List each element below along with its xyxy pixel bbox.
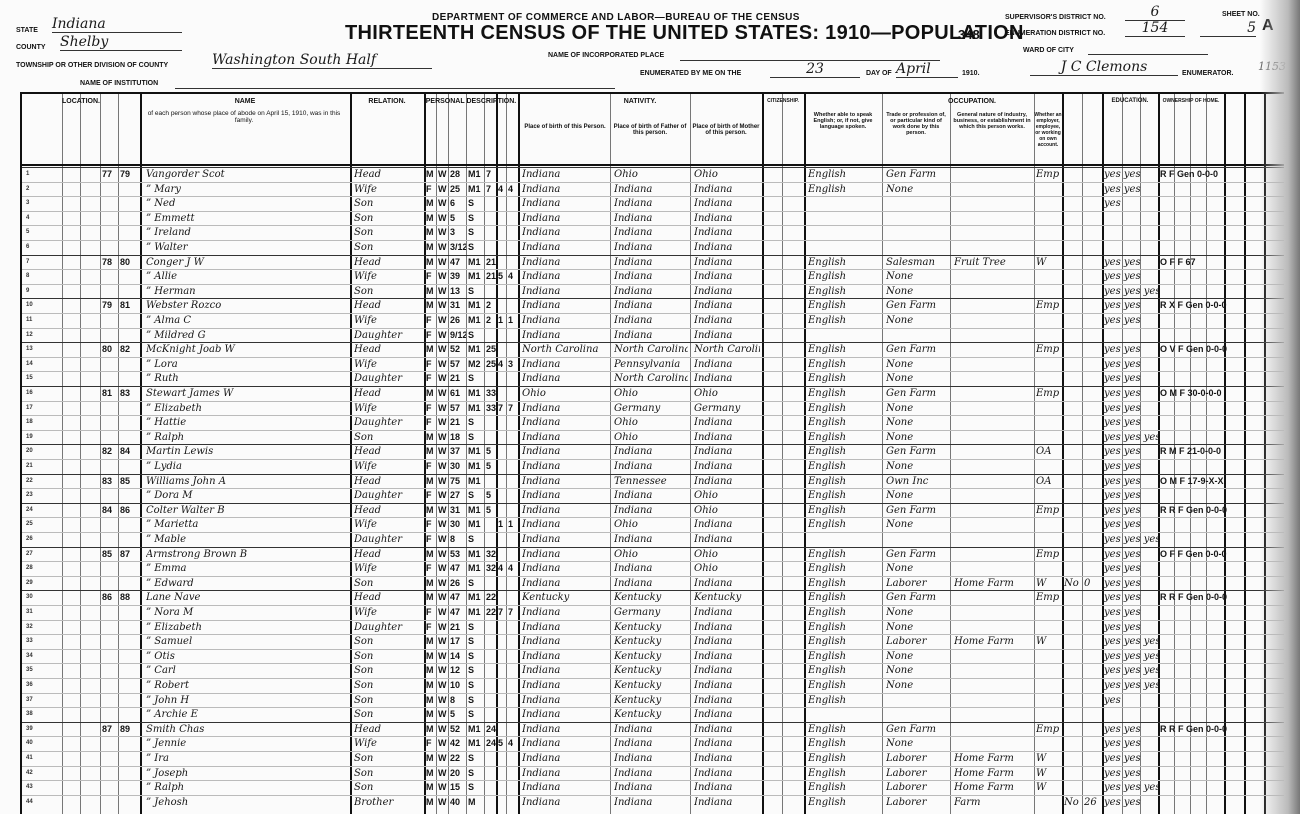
row-number: 26 xyxy=(26,536,33,542)
language: English xyxy=(808,695,880,706)
birthplace-mother: Indiana xyxy=(694,432,760,443)
birthplace-father: Indiana xyxy=(614,797,688,808)
birthplace-father: Kentucky xyxy=(614,695,688,706)
occupation: None xyxy=(886,738,950,749)
education: yes yes xyxy=(1104,257,1158,268)
sheet-label: SHEET NO. xyxy=(1222,11,1260,18)
race: W xyxy=(438,373,448,383)
mother-of-born: 4 xyxy=(498,359,506,369)
language: English xyxy=(808,651,880,662)
age: 8 xyxy=(450,534,466,544)
relation: Head xyxy=(354,505,422,516)
person-name: ” Mary xyxy=(146,184,346,195)
township-value: Washington South Half xyxy=(212,52,432,69)
marital-status: M1 xyxy=(468,344,484,354)
birthplace-person: Indiana xyxy=(522,257,608,268)
occupation: Gen Farm xyxy=(886,549,950,560)
mother-of-born: 7 xyxy=(498,403,506,413)
birthplace-person: Indiana xyxy=(522,490,608,501)
row-number: 4 xyxy=(26,215,29,221)
col-place-of-birth-father: Place of birth of Father of this person. xyxy=(612,124,688,136)
family-number: 87 xyxy=(120,549,138,559)
person-name: ” Herman xyxy=(146,286,346,297)
relation: Head xyxy=(354,257,422,268)
marital-status: M1 xyxy=(468,563,484,573)
race: W xyxy=(438,359,448,369)
birthplace-mother: Indiana xyxy=(694,753,760,764)
birthplace-father: Kentucky xyxy=(614,651,688,662)
person-name: ” Joseph xyxy=(146,768,346,779)
marital-status: M1 xyxy=(468,549,484,559)
dwelling-number: 81 xyxy=(102,388,118,398)
age: 8 xyxy=(450,695,466,705)
section-relation: RELATION. xyxy=(350,98,424,105)
row-number: 7 xyxy=(26,259,29,265)
person-name: ” Marietta xyxy=(146,519,346,530)
relation: Son xyxy=(354,768,422,779)
race: W xyxy=(438,184,448,194)
employer-status: W xyxy=(1036,636,1062,647)
birthplace-mother: Indiana xyxy=(694,578,760,589)
marital-status: M1 xyxy=(468,315,484,325)
language: English xyxy=(808,257,880,268)
birthplace-father: Indiana xyxy=(614,300,688,311)
employer-status: W xyxy=(1036,257,1062,268)
marital-status: M1 xyxy=(468,446,484,456)
weeks-out-of-work: 26 xyxy=(1084,797,1102,808)
person-name: ” Ralph xyxy=(146,432,346,443)
birthplace-father: Kentucky xyxy=(614,592,688,603)
sex: M xyxy=(426,592,436,602)
employer-status: W xyxy=(1036,782,1062,793)
birthplace-mother: Indiana xyxy=(694,271,760,282)
language: English xyxy=(808,490,880,501)
birthplace-mother: Indiana xyxy=(694,622,760,633)
education: yes yes xyxy=(1104,563,1158,574)
years-married: 7 xyxy=(486,169,496,179)
age: 18 xyxy=(450,432,466,442)
section-name-sub: of each person whose place of abode on A… xyxy=(144,110,344,124)
marital-status: S xyxy=(468,286,484,296)
age: 22 xyxy=(450,753,466,763)
mother-of-born: 1 xyxy=(498,315,506,325)
section-occupation: OCCUPATION. xyxy=(882,98,1062,105)
years-married: 25 xyxy=(486,359,496,369)
county-value: Shelby xyxy=(60,34,182,51)
race: W xyxy=(438,636,448,646)
birthplace-father: Germany xyxy=(614,607,688,618)
age: 14 xyxy=(450,651,466,661)
sex: M xyxy=(426,432,436,442)
birthplace-person: Indiana xyxy=(522,782,608,793)
language: English xyxy=(808,680,880,691)
birthplace-person: Indiana xyxy=(522,797,608,808)
language: English xyxy=(808,169,880,180)
sex: M xyxy=(426,227,436,237)
person-name: ” Lora xyxy=(146,359,346,370)
out-of-work: No xyxy=(1064,578,1082,589)
education: yes yes xyxy=(1104,417,1158,428)
birthplace-father: Germany xyxy=(614,403,688,414)
education: yes yes xyxy=(1104,549,1158,560)
sex: M xyxy=(426,388,436,398)
language: English xyxy=(808,563,880,574)
person-name: ” Alma C xyxy=(146,315,346,326)
relation: Son xyxy=(354,432,422,443)
sex: M xyxy=(426,446,436,456)
age: 57 xyxy=(450,359,466,369)
years-married: 7 xyxy=(486,184,496,194)
birthplace-person: Ohio xyxy=(522,388,608,399)
marital-status: M1 xyxy=(468,607,484,617)
person-name: ” Jennie xyxy=(146,738,346,749)
family-number: 82 xyxy=(120,344,138,354)
relation: Son xyxy=(354,578,422,589)
birthplace-person: Indiana xyxy=(522,373,608,384)
birthplace-person: Indiana xyxy=(522,636,608,647)
relation: Son xyxy=(354,198,422,209)
education: yes yes yes xyxy=(1104,636,1158,647)
race: W xyxy=(438,622,448,632)
birthplace-father: Ohio xyxy=(614,432,688,443)
relation: Head xyxy=(354,476,422,487)
person-name: ” Ned xyxy=(146,198,346,209)
person-name: ” John H xyxy=(146,695,346,706)
language: English xyxy=(808,184,880,195)
birthplace-mother: Indiana xyxy=(694,300,760,311)
language: English xyxy=(808,300,880,311)
mother-of-living: 4 xyxy=(508,271,516,281)
birthplace-mother: Indiana xyxy=(694,315,760,326)
relation: Head xyxy=(354,344,422,355)
person-name: ” Robert xyxy=(146,680,346,691)
marital-status: S xyxy=(468,753,484,763)
birthplace-father: Indiana xyxy=(614,198,688,209)
race: W xyxy=(438,257,448,267)
birthplace-person: Indiana xyxy=(522,563,608,574)
birthplace-mother: Germany xyxy=(694,403,760,414)
row-number: 29 xyxy=(26,580,33,586)
ownership: R R F Gen 0-0-0 xyxy=(1160,505,1264,515)
education: yes yes xyxy=(1104,403,1158,414)
race: W xyxy=(438,665,448,675)
mother-of-living: 4 xyxy=(508,738,516,748)
marital-status: S xyxy=(468,432,484,442)
race: W xyxy=(438,782,448,792)
family-number: 88 xyxy=(120,592,138,602)
race: W xyxy=(438,680,448,690)
age: 30 xyxy=(450,461,466,471)
section-name: NAME xyxy=(140,98,350,105)
age: 25 xyxy=(450,184,466,194)
birthplace-mother: Indiana xyxy=(694,359,760,370)
relation: Son xyxy=(354,665,422,676)
sex: M xyxy=(426,709,436,719)
birthplace-mother: Indiana xyxy=(694,286,760,297)
mother-of-living: 1 xyxy=(508,519,516,529)
mother-of-living: 1 xyxy=(508,315,516,325)
birthplace-father: Indiana xyxy=(614,461,688,472)
occupation: Own Inc xyxy=(886,476,950,487)
birthplace-person: Indiana xyxy=(522,198,608,209)
birthplace-person: Indiana xyxy=(522,315,608,326)
birthplace-mother: Indiana xyxy=(694,446,760,457)
birthplace-person: Indiana xyxy=(522,446,608,457)
sex: M xyxy=(426,169,436,179)
race: W xyxy=(438,563,448,573)
birthplace-father: Ohio xyxy=(614,169,688,180)
education: yes yes xyxy=(1104,476,1158,487)
marital-status: M1 xyxy=(468,257,484,267)
row-number: 20 xyxy=(26,448,33,454)
birthplace-mother: Indiana xyxy=(694,198,760,209)
birthplace-person: Indiana xyxy=(522,213,608,224)
birthplace-father: Indiana xyxy=(614,257,688,268)
birthplace-person: Indiana xyxy=(522,724,608,735)
language: English xyxy=(808,432,880,443)
marital-status: M1 xyxy=(468,461,484,471)
row-number: 16 xyxy=(26,390,33,396)
out-of-work: No xyxy=(1064,797,1082,808)
age: 61 xyxy=(450,388,466,398)
row-number: 10 xyxy=(26,302,33,308)
sex: F xyxy=(426,534,436,544)
occupation: Laborer xyxy=(886,636,950,647)
person-name: ” Carl xyxy=(146,665,346,676)
birthplace-mother: Ohio xyxy=(694,388,760,399)
sex: M xyxy=(426,242,436,252)
age: 47 xyxy=(450,563,466,573)
education: yes yes xyxy=(1104,505,1158,516)
person-name: ” Hattie xyxy=(146,417,346,428)
race: W xyxy=(438,738,448,748)
language: English xyxy=(808,446,880,457)
occupation: None xyxy=(886,271,950,282)
birthplace-person: Kentucky xyxy=(522,592,608,603)
person-name: ” Archie E xyxy=(146,709,346,720)
sex: M xyxy=(426,724,436,734)
person-name: ” Mildred G xyxy=(146,330,346,341)
relation: Daughter xyxy=(354,490,422,501)
race: W xyxy=(438,490,448,500)
education: yes yes xyxy=(1104,315,1158,326)
sex: M xyxy=(426,753,436,763)
age: 28 xyxy=(450,169,466,179)
education: yes yes xyxy=(1104,738,1158,749)
marital-status: M1 xyxy=(468,169,484,179)
person-name: ” Ira xyxy=(146,753,346,764)
marital-status: S xyxy=(468,768,484,778)
language: English xyxy=(808,738,880,749)
race: W xyxy=(438,432,448,442)
person-name: Vangorder Scot xyxy=(146,169,346,180)
ownership: O M F 30-0-0-0 xyxy=(1160,388,1264,398)
education: yes xyxy=(1104,695,1158,706)
age: 3/12 xyxy=(450,242,466,252)
birthplace-mother: Indiana xyxy=(694,227,760,238)
mother-of-living: 3 xyxy=(508,359,516,369)
family-number: 85 xyxy=(120,476,138,486)
relation: Son xyxy=(354,636,422,647)
year-label: 1910. xyxy=(962,70,980,77)
birthplace-mother: Indiana xyxy=(694,476,760,487)
row-number: 34 xyxy=(26,653,33,659)
race: W xyxy=(438,300,448,310)
years-married: 22 xyxy=(486,592,496,602)
language: English xyxy=(808,578,880,589)
relation: Son xyxy=(354,286,422,297)
language: English xyxy=(808,315,880,326)
age: 20 xyxy=(450,768,466,778)
birthplace-person: Indiana xyxy=(522,665,608,676)
sex: F xyxy=(426,607,436,617)
sex: M xyxy=(426,680,436,690)
marital-status: S xyxy=(468,578,484,588)
person-name: ” Ralph xyxy=(146,782,346,793)
birthplace-mother: Indiana xyxy=(694,665,760,676)
birthplace-mother: Indiana xyxy=(694,417,760,428)
birthplace-mother: Ohio xyxy=(694,505,760,516)
employer-status: OA xyxy=(1036,476,1062,487)
industry: Fruit Tree xyxy=(954,257,1032,268)
family-number: 86 xyxy=(120,505,138,515)
education: yes yes xyxy=(1104,271,1158,282)
col-industry: General nature of industry, business, or… xyxy=(952,112,1032,130)
occupation: Laborer xyxy=(886,753,950,764)
birthplace-mother: Indiana xyxy=(694,695,760,706)
mother-of-born: 4 xyxy=(498,184,506,194)
age: 47 xyxy=(450,592,466,602)
dwelling-number: 84 xyxy=(102,505,118,515)
marital-status: S xyxy=(468,227,484,237)
row-number: 31 xyxy=(26,609,33,615)
age: 57 xyxy=(450,403,466,413)
row-number: 18 xyxy=(26,419,33,425)
birthplace-person: Indiana xyxy=(522,330,608,341)
birthplace-mother: Ohio xyxy=(694,490,760,501)
institution-label: NAME OF INSTITUTION xyxy=(80,80,158,87)
row-number: 5 xyxy=(26,229,29,235)
county-label: COUNTY xyxy=(16,44,46,51)
marital-status: S xyxy=(468,680,484,690)
birthplace-father: Pennsylvania xyxy=(614,359,688,370)
sex: M xyxy=(426,213,436,223)
mother-of-living: 4 xyxy=(508,563,516,573)
birthplace-mother: Indiana xyxy=(694,184,760,195)
industry: Home Farm xyxy=(954,768,1032,779)
relation: Head xyxy=(354,169,422,180)
years-married: 5 xyxy=(486,490,496,500)
mother-of-born: 4 xyxy=(498,563,506,573)
age: 31 xyxy=(450,300,466,310)
sex: F xyxy=(426,417,436,427)
birthplace-father: Kentucky xyxy=(614,636,688,647)
education: yes yes xyxy=(1104,388,1158,399)
enumerated-label: ENUMERATED BY ME ON THE xyxy=(640,70,741,77)
industry: Home Farm xyxy=(954,578,1032,589)
row-number: 35 xyxy=(26,667,33,673)
birthplace-father: Indiana xyxy=(614,578,688,589)
language: English xyxy=(808,373,880,384)
industry: Home Farm xyxy=(954,753,1032,764)
race: W xyxy=(438,198,448,208)
person-name: Colter Walter B xyxy=(146,505,346,516)
birthplace-mother: Indiana xyxy=(694,213,760,224)
occupation: None xyxy=(886,403,950,414)
row-number: 24 xyxy=(26,507,33,513)
person-name: ” Mable xyxy=(146,534,346,545)
education: yes yes xyxy=(1104,359,1158,370)
sex: M xyxy=(426,651,436,661)
language: English xyxy=(808,476,880,487)
industry: Farm xyxy=(954,797,1032,808)
marital-status: M1 xyxy=(468,403,484,413)
relation: Son xyxy=(354,213,422,224)
race: W xyxy=(438,651,448,661)
occupation: None xyxy=(886,519,950,530)
age: 40 xyxy=(450,797,466,807)
birthplace-father: Indiana xyxy=(614,315,688,326)
person-name: ” Elizabeth xyxy=(146,403,346,414)
birthplace-person: Indiana xyxy=(522,738,608,749)
relation: Head xyxy=(354,300,422,311)
age: 42 xyxy=(450,738,466,748)
birthplace-mother: Indiana xyxy=(694,724,760,735)
section-citizenship: CITIZENSHIP. xyxy=(762,98,804,104)
marital-status: M1 xyxy=(468,724,484,734)
birthplace-father: Ohio xyxy=(614,549,688,560)
relation: Wife xyxy=(354,359,422,370)
language: English xyxy=(808,724,880,735)
birthplace-father: Tennessee xyxy=(614,476,688,487)
race: W xyxy=(438,330,448,340)
sex: F xyxy=(426,184,436,194)
occupation: None xyxy=(886,461,950,472)
race: W xyxy=(438,505,448,515)
birthplace-person: Indiana xyxy=(522,461,608,472)
day-of-label: DAY OF xyxy=(866,70,892,77)
person-name: Armstrong Brown B xyxy=(146,549,346,560)
birthplace-father: Indiana xyxy=(614,227,688,238)
education: yes xyxy=(1104,198,1158,209)
birthplace-father: Ohio xyxy=(614,388,688,399)
race: W xyxy=(438,519,448,529)
relation: Wife xyxy=(354,738,422,749)
row-number: 21 xyxy=(26,463,33,469)
marital-status: S xyxy=(468,373,484,383)
birthplace-father: Indiana xyxy=(614,446,688,457)
race: W xyxy=(438,403,448,413)
occupation: Laborer xyxy=(886,782,950,793)
language: English xyxy=(808,417,880,428)
race: W xyxy=(438,549,448,559)
race: W xyxy=(438,724,448,734)
birthplace-mother: Indiana xyxy=(694,242,760,253)
relation: Wife xyxy=(354,184,422,195)
mother-of-born: 1 xyxy=(498,519,506,529)
dwelling-number: 80 xyxy=(102,344,118,354)
relation: Son xyxy=(354,709,422,720)
institution-line xyxy=(175,88,615,89)
birthplace-father: Indiana xyxy=(614,782,688,793)
birthplace-mother: Indiana xyxy=(694,680,760,691)
occupation: Gen Farm xyxy=(886,592,950,603)
years-married: 25 xyxy=(486,344,496,354)
age: 21 xyxy=(450,622,466,632)
sex: M xyxy=(426,636,436,646)
census-table: LOCATION. NAME of each person whose plac… xyxy=(20,92,1284,814)
ward-line xyxy=(1088,54,1208,55)
